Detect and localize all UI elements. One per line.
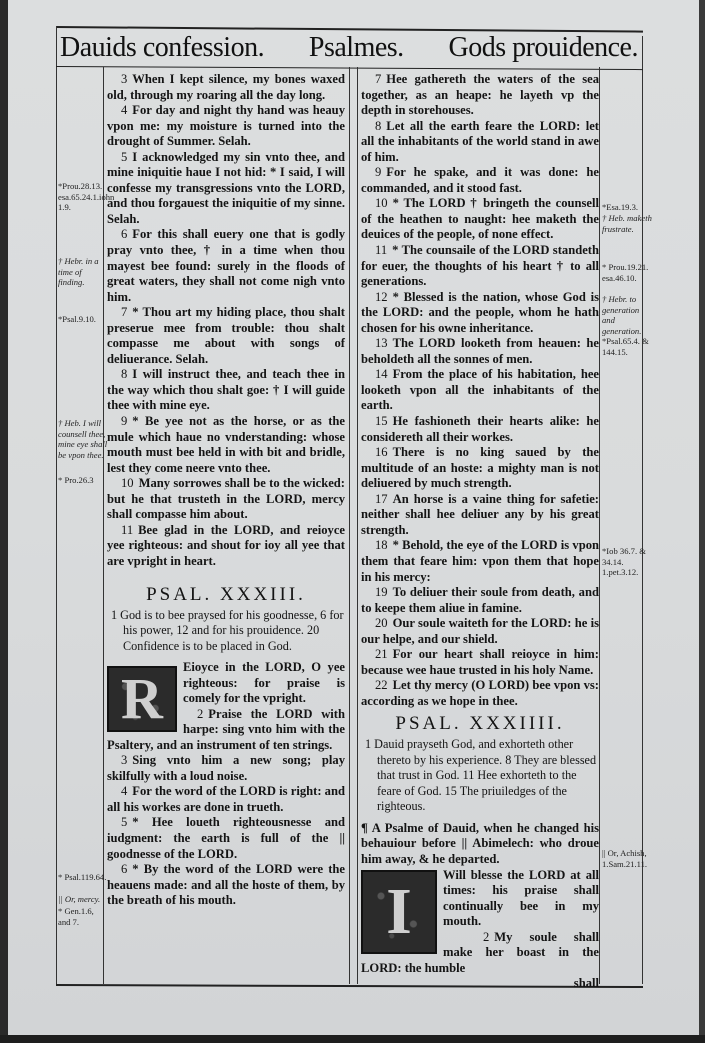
verse: 5I acknowledged my sin vnto thee, and mi…	[107, 150, 345, 228]
margin-note-left: || Or, mercy.	[58, 894, 108, 905]
psalm-argument: 1 Dauid prayseth God, and exhorteth othe…	[361, 737, 599, 815]
verse: 7Hee gathereth the waters of the sea tog…	[361, 72, 599, 119]
verse: 8Let all the earth feare the LORD: let a…	[361, 119, 599, 166]
psalm-heading: PSAL. XXXIIII.	[361, 713, 599, 735]
verse: 17An horse is a vaine thing for safetie:…	[361, 492, 599, 539]
margin-note-left: *Prou.28.13. esa.65.24.1.iohn 1.9.	[58, 181, 108, 213]
verse: 18* Behold, the eye of the LORD is vpon …	[361, 538, 599, 585]
verse: 10Many sorrowes shall be to the wicked: …	[107, 476, 345, 523]
margin-note-right: *Esa.19.3.	[602, 202, 652, 213]
frame-rule-right	[642, 36, 643, 984]
margin-rule-right	[599, 67, 600, 984]
verse: 9* Be yee not as the horse, or as the mu…	[107, 414, 345, 476]
column-rule-a	[349, 67, 350, 984]
verse: 22Let thy mercy (O LORD) bee vpon vs: ac…	[361, 678, 599, 709]
margin-note-right: *Psal.65.4. & 144.15.	[602, 336, 652, 357]
page-frame: Dauids confession. Psalmes. Gods prouide…	[56, 26, 643, 986]
verse: 3Sing vnto him a new song; play skilfull…	[107, 753, 345, 784]
margin-note-right: † Hebr. to generation and generation.	[602, 294, 652, 336]
margin-note-left: *Psal.9.10.	[58, 314, 108, 325]
catchword: shall	[361, 976, 599, 992]
page-edge-right	[699, 0, 705, 1043]
margin-note-left: † Heb. I will counsell thee, mine eye sh…	[58, 418, 108, 460]
psalm-heading: PSAL. XXXIII.	[107, 584, 345, 606]
page-edge-left	[0, 0, 8, 1043]
ornamental-initial-i-icon: I	[361, 870, 437, 954]
verse: 19To deliuer their soule from death, and…	[361, 585, 599, 616]
psalm-argument: 1 God is to bee praysed for his goodness…	[107, 608, 345, 655]
psalm-title: ¶ A Psalme of Dauid, when he changed his…	[361, 821, 599, 868]
verse: 20Our soule waiteth for the LORD: he is …	[361, 616, 599, 647]
verse: 16There is no king saued by the multitud…	[361, 445, 599, 492]
verse: 7* Thou art my hiding place, thou shalt …	[107, 305, 345, 367]
verse: 5* Hee loueth righteousnesse and iudgmen…	[107, 815, 345, 862]
margin-note-left: † Hebr. in a time of finding.	[58, 256, 108, 288]
text-column-right: 7Hee gathereth the waters of the sea tog…	[361, 72, 599, 992]
verse: 9For he spake, and it was done: he comma…	[361, 165, 599, 196]
margin-note-left: * Psal.119.64.	[58, 872, 108, 883]
verse: 4For day and night thy hand was heauy vp…	[107, 103, 345, 150]
margin-note-right: † Heb. maketh frustrate.	[602, 213, 652, 234]
verse: 4For the word of the LORD is right: and …	[107, 784, 345, 815]
verse: 11Bee glad in the LORD, and reioyce yee …	[107, 523, 345, 570]
margin-note-left: * Pro.26.3	[58, 475, 108, 486]
verse: 13The LORD looketh from heauen: he behol…	[361, 336, 599, 367]
verse: 14From the place of his habitation, hee …	[361, 367, 599, 414]
running-head: Dauids confession. Psalmes. Gods prouide…	[60, 30, 638, 66]
verse: 8I will instruct thee, and teach thee in…	[107, 367, 345, 414]
verse: 6For this shall euery one that is godly …	[107, 227, 345, 305]
margin-note-right: *Iob 36.7. & 34.14. 1.pet.3.12.	[602, 546, 652, 578]
margin-note-right: || Or, Achish, 1.Sam.21.11.	[602, 848, 652, 869]
running-head-right: Gods prouidence.	[448, 32, 638, 64]
column-rule-b	[357, 67, 358, 984]
verse: 21For our heart shall reioyce in him: be…	[361, 647, 599, 678]
verse: 15He fashioneth their hearts alike: he c…	[361, 414, 599, 445]
running-head-left: Dauids confession.	[60, 32, 264, 64]
page-edge-bottom	[0, 1035, 705, 1043]
verse: 10* The LORD † bringeth the counsell of …	[361, 196, 599, 243]
margin-note-left: * Gen.1.6, and 7.	[58, 906, 108, 927]
margin-note-right: * Prou.19.21. esa.46.10.	[602, 262, 652, 283]
text-column-left: 3When I kept silence, my bones waxed old…	[107, 72, 345, 909]
verse: 6* By the word of the LORD were the heau…	[107, 862, 345, 909]
ornamental-initial-r-icon: R	[107, 666, 177, 732]
running-head-center: Psalmes.	[309, 32, 404, 64]
frame-rule-left	[56, 26, 57, 984]
verse: 12* Blessed is the nation, whose God is …	[361, 290, 599, 337]
verse: 11* The counsaile of the LORD standeth f…	[361, 243, 599, 290]
verse: 3When I kept silence, my bones waxed old…	[107, 72, 345, 103]
